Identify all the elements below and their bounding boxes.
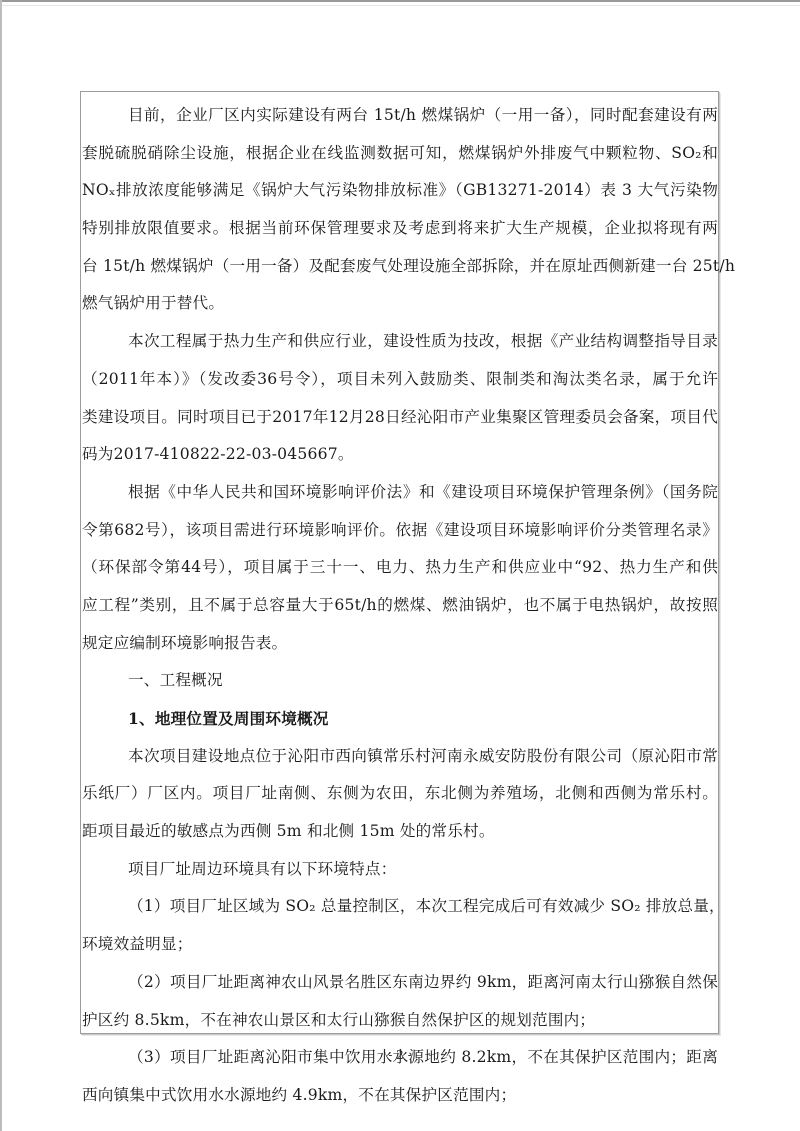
text-line: 护区约 8.5km，不在神农山景区和太行山猕猴自然保护区的规划范围内；: [82, 1002, 718, 1040]
document-body: 目前，企业厂区内实际建设有两台 15t/h 燃煤锅炉（一用一备），同时配套建设有…: [82, 97, 718, 1115]
text-line: NOₓ排放浓度能够满足《锅炉大气污染物排放标准》（GB13271-2014）表 …: [82, 172, 718, 210]
paragraph-existing-boilers: 目前，企业厂区内实际建设有两台 15t/h 燃煤锅炉（一用一备），同时配套建设有…: [82, 97, 718, 323]
text-line: 套脱硫脱硝除尘设施，根据企业在线监测数据可知，燃煤锅炉外排废气中颗粒物、SO₂和: [82, 135, 718, 173]
text-line: 台 15t/h 燃煤锅炉（一用一备）及配套废气处理设施全部拆除，并在原址西侧新建…: [82, 248, 718, 286]
text-line: 应工程”类别，且不属于总容量大于65t/h的燃煤、燃油锅炉，也不属于电热锅炉，故…: [82, 587, 718, 625]
text-line: 环境效益明显；: [82, 926, 718, 964]
text-line: 令第682号），该项目需进行环境影响评价。依据《建设项目环境影响评价分类管理名录…: [82, 512, 718, 550]
text-line: 根据《中华人民共和国环境影响评价法》和《建设项目环境保护管理条例》（国务院: [82, 474, 718, 512]
text-line: 本次项目建设地点位于沁阳市西向镇常乐村河南永威安防股份有限公司（原沁阳市常: [82, 738, 718, 776]
subsection-heading: 1、地理位置及周围环境概况: [82, 700, 718, 738]
paragraph-industry-policy: 本次工程属于热力生产和供应行业，建设性质为技改，根据《产业结构调整指导目录 （2…: [82, 323, 718, 474]
text-line: 乐纸厂）厂区内。项目厂址南侧、东侧为农田，东北侧为养殖场，北侧和西侧为常乐村。: [82, 775, 718, 813]
text-line: （环保部令第44号），项目属于三十一、电力、热力生产和供应业中“92、热力生产和…: [82, 549, 718, 587]
text-line: 特别排放限值要求。根据当前环保管理要求及考虑到将来扩大生产规模，企业拟将现有两: [82, 210, 718, 248]
text-line: 燃气锅炉用于替代。: [82, 285, 718, 323]
text-line: （2）项目厂址距离神农山风景名胜区东南边界约 9km，距离河南太行山猕猴自然保: [82, 964, 718, 1002]
paragraph-eia-basis: 根据《中华人民共和国环境影响评价法》和《建设项目环境保护管理条例》（国务院 令第…: [82, 474, 718, 662]
features-intro: 项目厂址周边环境具有以下环境特点：: [82, 851, 718, 889]
feature-item-1: （1）项目厂址区域为 SO₂ 总量控制区，本次工程完成后可有效减少 SO₂ 排放…: [82, 888, 718, 963]
page-top-edge: [0, 0, 800, 2]
text-line: 西向镇集中式饮用水水源地约 4.9km，不在其保护区范围内；: [82, 1077, 718, 1115]
text-line: 距项目最近的敏感点为西侧 5m 和北侧 15m 处的常乐村。: [82, 813, 718, 851]
text-line: 目前，企业厂区内实际建设有两台 15t/h 燃煤锅炉（一用一备），同时配套建设有…: [82, 97, 718, 135]
text-line: 类建设项目。同时项目已于2017年12月28日经沁阳市产业集聚区管理委员会备案，…: [82, 399, 718, 437]
paragraph-location: 本次项目建设地点位于沁阳市西向镇常乐村河南永威安防股份有限公司（原沁阳市常 乐纸…: [82, 738, 718, 851]
feature-item-2: （2）项目厂址距离神农山风景名胜区东南边界约 9km，距离河南太行山猕猴自然保 …: [82, 964, 718, 1039]
page-number: - 2 -: [0, 1048, 800, 1062]
page-left-edge: [0, 0, 2, 1131]
text-line: 本次工程属于热力生产和供应行业，建设性质为技改，根据《产业结构调整指导目录: [82, 323, 718, 361]
page-top-edge-shadow: [0, 5, 800, 6]
text-line: （1）项目厂址区域为 SO₂ 总量控制区，本次工程完成后可有效减少 SO₂ 排放…: [82, 888, 718, 926]
text-line: 规定应编制环境影响报告表。: [82, 625, 718, 663]
text-line: （2011年本）》（发改委36号令），项目未列入鼓励类、限制类和淘汰类名录，属于…: [82, 361, 718, 399]
text-line: 码为2017-410822-22-03-045667。: [82, 436, 718, 474]
section-heading: 一、工程概况: [82, 662, 718, 700]
